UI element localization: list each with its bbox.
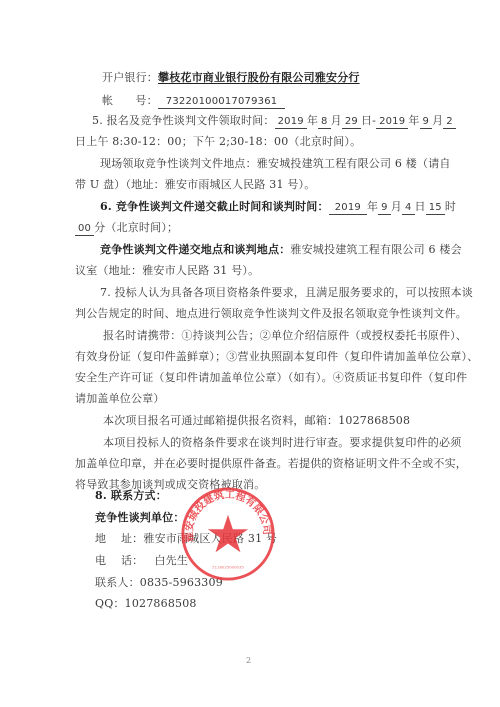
start-day: 29 bbox=[342, 116, 361, 129]
start-year: 2019 bbox=[275, 116, 307, 129]
day-char: 日 bbox=[415, 200, 426, 213]
item6-label: 6. 竞争性谈判文件递交截止时间和谈判时间： bbox=[100, 200, 329, 213]
review-line2: 加盖单位印章，并在必要时提供原件备查。若提供的资格证明文件不全或不实， bbox=[75, 457, 467, 471]
company-seal-icon: 雅安城投建筑工程有限公司 5118025000035 bbox=[180, 486, 276, 582]
deadline-year: 2019 bbox=[329, 202, 367, 215]
end-day: 2 bbox=[443, 116, 456, 129]
minute-suffix: 分（北京时间）； bbox=[94, 221, 178, 234]
bring-line1: 报名时请携带：①持谈判公告；②单位介绍信原件（或授权委托书原件）、 bbox=[103, 329, 467, 343]
year-char: 年 bbox=[307, 114, 318, 127]
account-number: 73220100017079361 bbox=[158, 96, 286, 109]
item5-label: 5. 报名及竞争性谈判文件领取时间： bbox=[92, 114, 275, 127]
place-label: 竞争性谈判文件递交地点和谈判地点： bbox=[100, 243, 290, 256]
item5-line2: 日上午 8:30-12：00；下午 2;30-18：00（北京时间）。 bbox=[75, 135, 361, 149]
qq-line: QQ：1027868508 bbox=[95, 597, 197, 611]
unit-label: 竞争性谈判单位： bbox=[95, 511, 185, 525]
deadline-month: 9 bbox=[378, 202, 391, 215]
bank-label: 开户银行： bbox=[102, 71, 158, 84]
year-char: 年 bbox=[408, 114, 419, 127]
month-char: 月 bbox=[391, 200, 402, 213]
bring-line2: 有效身份证（复印件盖鲜章）；③营业执照副本复印件（复印件请加盖单位公章）、 bbox=[75, 350, 478, 364]
deadline-day: 4 bbox=[402, 202, 415, 215]
item7-line1: 7. 投标人认为具备各项目资格条件要求，且满足服务要求的，可以按照本谈 bbox=[100, 286, 473, 300]
day-char: 日- bbox=[361, 114, 376, 127]
onsite-line1: 现场领取竞争性谈判文件地点：雅安城投建筑工程有限公司 6 楼（请自 bbox=[100, 157, 451, 171]
end-year: 2019 bbox=[376, 116, 408, 129]
month-char: 月 bbox=[432, 114, 443, 127]
svg-text:5118025000035: 5118025000035 bbox=[212, 565, 244, 570]
onsite-line2: 带 U 盘）（地址：雅安市雨城区人民路 31 号）。 bbox=[75, 178, 315, 192]
item5-line1: 5. 报名及竞争性谈判文件领取时间：2019年8月29日-2019年9月2 bbox=[92, 114, 456, 129]
page-number: 2 bbox=[246, 656, 251, 665]
hour-char: 时 bbox=[445, 200, 456, 213]
item6-line1: 6. 竞争性谈判文件递交截止时间和谈判时间：2019年9月4日15时 bbox=[100, 200, 456, 215]
place-line2: 议室（地址：雅安市人民路 31 号）。 bbox=[75, 264, 259, 278]
account-line: 帐 号：73220100017079361 bbox=[102, 94, 285, 109]
bring-line3: 安全生产许可证（复印件请加盖单位公章）（如有）。④资质证书复印件（复印件 bbox=[75, 371, 467, 385]
start-month: 8 bbox=[318, 116, 331, 129]
email-line: 本次项目报名可通过邮箱提供报名资料，邮箱：1027868508 bbox=[103, 414, 410, 428]
place-line1: 竞争性谈判文件递交地点和谈判地点：雅安城投建筑工程有限公司 6 楼会 bbox=[100, 243, 462, 257]
account-label: 帐 号： bbox=[102, 94, 158, 107]
deadline-hour: 15 bbox=[426, 202, 445, 215]
end-month: 9 bbox=[420, 116, 433, 129]
phone-line: 电 话： 白先生 bbox=[95, 554, 188, 568]
bank-name: 攀枝花市商业银行股份有限公司雅安分行 bbox=[158, 71, 360, 84]
item6-line2: 00分（北京时间）； bbox=[75, 221, 178, 236]
year-char: 年 bbox=[367, 200, 378, 213]
bring-line4: 请加盖单位公章） bbox=[75, 392, 165, 406]
review-line1: 本项目投标人的资格条件要求在谈判时进行审查。要求提供复印件的必须 bbox=[103, 436, 461, 450]
item7-line2: 判公告规定的时间、地点进行领取竞争性谈判文件及报名领取竞争性谈判文件。 bbox=[75, 307, 467, 321]
place-text: 雅安城投建筑工程有限公司 6 楼会 bbox=[290, 243, 461, 256]
contact-heading: 8. 联系方式： bbox=[95, 489, 167, 503]
deadline-minute: 00 bbox=[75, 223, 94, 236]
month-char: 月 bbox=[331, 114, 342, 127]
bank-line: 开户银行：攀枝花市商业银行股份有限公司雅安分行 bbox=[102, 71, 360, 85]
